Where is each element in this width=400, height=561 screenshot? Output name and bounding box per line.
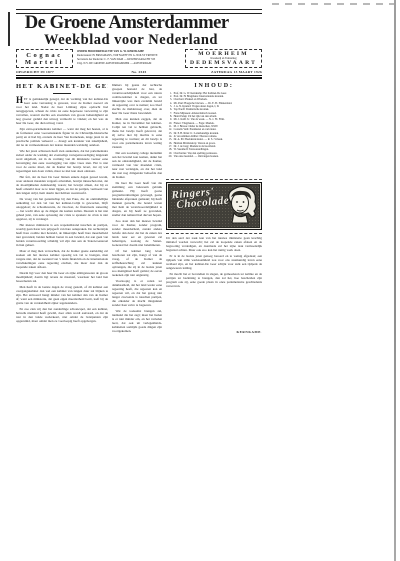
scan-left-edge-mark	[8, 12, 10, 46]
masthead-bottom-rule-thick	[16, 77, 262, 79]
editor-line-4: Uitg. N.V. DE GROENE AMSTERDAMMER — AMST…	[77, 62, 181, 66]
article-headline: HET KABINET-DE GEER	[16, 83, 108, 91]
article-paragraph: Daarin ligt voor den heer De Geer en zij…	[16, 271, 108, 283]
article-paragraph: Wie het jaren achtereen heeft zien aanko…	[16, 149, 108, 173]
paper-subtitle: Weekblad voor Nederland	[16, 32, 246, 49]
article-paragraph: En mocht het er bovendien in slagen, de …	[166, 272, 262, 288]
article-paragraph: Men zou kunnen zeggen, dat de Kamer, na …	[112, 117, 162, 149]
article-signature: KERNKAMP.	[166, 330, 262, 334]
inhoud-contents-box: INHOUD: 1.Prof. Dr. G. W. Kernkamp: Het …	[166, 83, 262, 176]
ringers-chocolade-ad: Ringers' Chocolade	[166, 182, 262, 230]
article-paragraph: Uit den aard der zaak kan van het nieuwe…	[166, 236, 262, 252]
article-paragraph: Zoo staat dan het nieuwe bewind voor de …	[112, 219, 162, 247]
inhoud-heading: INHOUD:	[166, 83, 262, 89]
martell-line: Martell	[17, 59, 72, 67]
article-paragraph: Zijn extra-parlementaire kabinet — want …	[16, 127, 108, 147]
editorial-info-box: ONDER HOOFDREDACTIE VAN G. W. KERNKAMP R…	[77, 49, 181, 68]
woman-face-illustration	[224, 185, 258, 225]
ad-product-line: Chocolade	[176, 196, 229, 211]
article-column-1-text: HET is gemakkelijk gezegd, dat de vormin…	[16, 97, 108, 323]
article-paragraph: De vraag van het gezantschap bij den Pau…	[16, 197, 108, 221]
inhoud-item: 20.Van onze leestafel. — Ontvangen boeke…	[166, 155, 262, 158]
ad-lettering: Ringers' Chocolade	[171, 186, 229, 211]
article-paragraph: Het nieuwe ministerie is een wapenstilst…	[16, 223, 108, 247]
article-paragraph: En zoo zien wij dan het zonderlinge scho…	[16, 307, 108, 323]
newspaper-front-page: De Groene Amsterdammer Weekblad voor Ned…	[0, 0, 400, 561]
paper-title: De Groene Amsterdammer	[14, 13, 239, 33]
moerheim-ad-box: MOERHEIM Kweekerij en Tuinaanleg DEDEMSV…	[185, 49, 262, 68]
article-paragraph: Voorloopig is er reden tot dankbaarheid,…	[112, 279, 162, 307]
issue-info-row: OPGERICHT IN 1877 No. 2545 ZATERDAG 13 M…	[16, 70, 262, 74]
article-column-2: Immers bij geene der rechtsche groepen b…	[112, 83, 162, 394]
cognac-martell-ad-box: Cognac Martell	[16, 49, 73, 68]
article-paragraph: Immers bij geene der rechtsche groepen b…	[112, 83, 162, 115]
masthead-bottom-rule-thin	[16, 75, 262, 76]
article-paragraph: Men heeft in de laatste dagen de vraag g…	[16, 285, 108, 305]
cognac-line: Cognac	[17, 52, 72, 60]
article-paragraph: Het feit, dat de heer De Geer binnen enk…	[16, 175, 108, 195]
article-paragraph: Of het kabinet lang leven beschoren zal …	[112, 249, 162, 277]
article-paragraph: HET is gemakkelijk gezegd, dat de vormin…	[16, 97, 108, 125]
drop-cap: H	[16, 97, 24, 105]
article-column-1: HET KABINET-DE GEER HET is gemakkelijk g…	[16, 83, 108, 351]
dedemsvaart-line: DEDEMSVAART	[186, 60, 261, 66]
scan-page-edge-line	[394, 0, 396, 561]
scan-artifact-dashes	[272, 3, 394, 5]
inhoud-list: 1.Prof. Dr. G. W. Kernkamp: Het Kabinet-…	[166, 92, 262, 159]
article-paragraph: Er is in de laatste jaren genoeg beroerd…	[166, 254, 262, 270]
article-paragraph: De heer De Geer heeft van die stemming e…	[112, 181, 162, 217]
divider-below-ad	[166, 233, 262, 234]
article-paragraph: Dat een zoodanig college niettemin aan h…	[112, 151, 162, 179]
right-column: INHOUD: 1.Prof. Dr. G. W. Kernkamp: Het …	[166, 83, 262, 334]
article-column-2-text: Immers bij geene der rechtsche groepen b…	[112, 83, 162, 333]
issue-date: ZATERDAG 13 MAART 1926	[211, 70, 262, 74]
article-column-3-text: Uit den aard der zaak kan van het nieuwe…	[166, 236, 262, 329]
divider-above-ad	[166, 179, 262, 180]
article-paragraph: Wat de toekomst brengen zal, niemand die…	[112, 309, 162, 333]
article-paragraph: Maar al mag men verwachten, dat de Kamer…	[16, 249, 108, 269]
headline-rule	[53, 93, 71, 94]
